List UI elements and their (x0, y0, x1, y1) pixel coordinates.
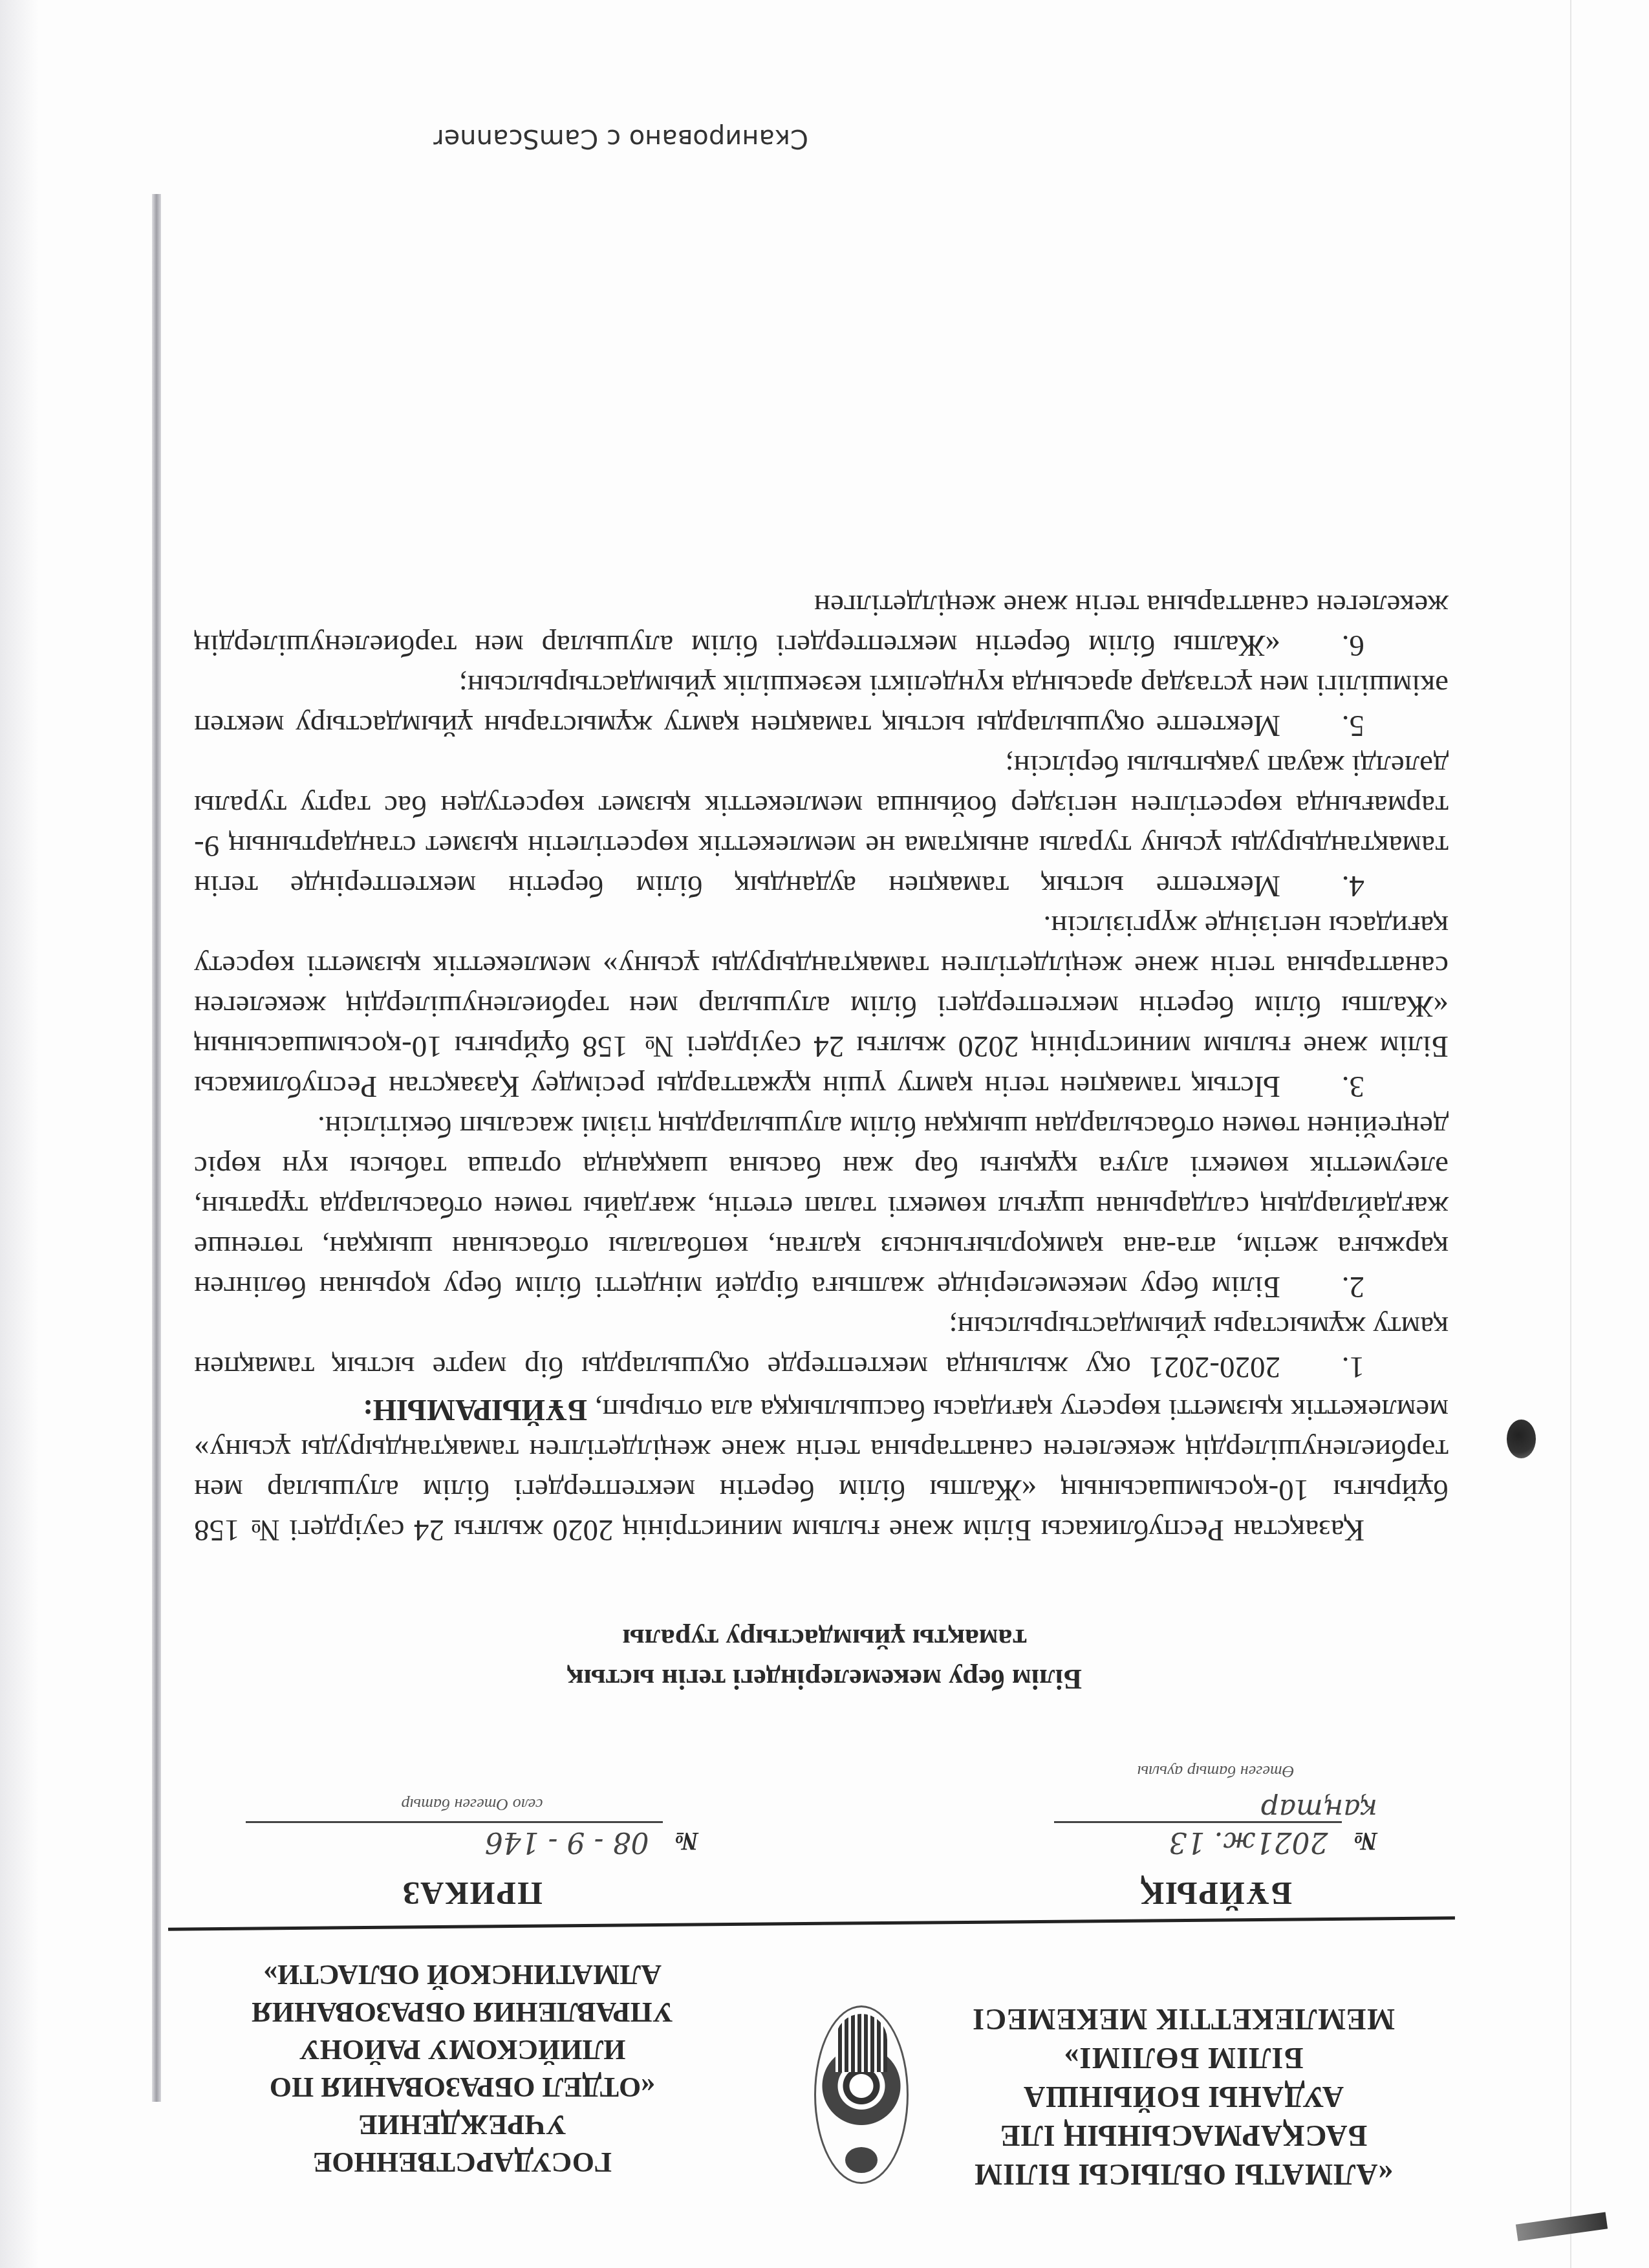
underline (246, 1821, 663, 1823)
letterhead-line: МЕМЛЕКЕТТІК МЕКЕМЕСІ (951, 2000, 1416, 2038)
document-body: Қазақстан Республикасы Білім және ғылым … (194, 585, 1449, 1550)
state-emblem-icon (814, 2005, 909, 2184)
letterhead-line: «АЛМАТЫ ОБЛЫСЫ БІЛІМ (951, 2155, 1416, 2194)
item-number: 5. (1280, 706, 1364, 746)
order-number-kazakh: № 2021ж. 13 қаңтар (1054, 1793, 1377, 1859)
order-number-handwritten: 08 - 9 - 146 (485, 1826, 649, 1859)
item-text: Білім беру мекемелерінде жалпыға бірдей … (194, 1110, 1449, 1304)
item-number: 3. (1280, 1066, 1364, 1107)
number-sign: № (1353, 1827, 1377, 1856)
command-word: БҰЙЫРАМЫН: (363, 1393, 587, 1427)
order-title-russian: ПРИКАЗ (246, 1875, 698, 1912)
order-item: 4.Мектепте ыстық тамақпен аудандық білім… (194, 746, 1449, 906)
order-number-russian: № 08 - 9 - 146 (246, 1826, 698, 1859)
item-number: 2. (1280, 1267, 1364, 1307)
letterhead-kazakh: «АЛМАТЫ ОБЛЫСЫ БІЛІМ БАСҚАРМАСЫНЫҢ ІЛЕ А… (951, 2000, 1416, 2194)
letterhead-line: УЧРЕЖДЕНИЕ (217, 2106, 708, 2143)
letterhead-line: ГОСУДАРСТВЕННОЕ (217, 2143, 708, 2181)
document-title: Білім беру мекемелеріндегі тегін ыстық т… (0, 1619, 1649, 1699)
order-place-kazakh: Өтеген батыр ауылы (1054, 1762, 1377, 1781)
letterhead: «АЛМАТЫ ОБЛЫСЫ БІЛІМ БАСҚАРМАСЫНЫҢ ІЛЕ А… (0, 1932, 1649, 2229)
document-title-line: тамақты ұйымдастыру туралы (0, 1619, 1649, 1659)
item-number: 6. (1280, 625, 1364, 665)
letterhead-line: ИЛИЙСКОМУ РАЙОНУ (217, 2031, 708, 2068)
item-text: Мектепте ыстық тамақпен аудандық білім б… (194, 749, 1449, 903)
letterhead-line: БІЛІМ БӨЛІМІ» (951, 2038, 1416, 2077)
item-number: 4. (1280, 866, 1364, 906)
item-text: Мектепте оқушыларды ыстық тамақпен қамту… (194, 669, 1449, 742)
order-russian: ПРИКАЗ № 08 - 9 - 146 село Отеген батыр (246, 1795, 698, 1912)
order-date-handwritten: 2021ж. 13 қаңтар (1169, 1793, 1377, 1859)
order-item: 6.«Жалпы білім беретін мектептердегі біл… (194, 585, 1449, 665)
order-item: 3.Ыстық тамақпен тегін қамту үшін құжатт… (194, 906, 1449, 1107)
item-number: 1. (1280, 1347, 1364, 1387)
order-item: 1.2020-2021 оқу жылында мектептерде оқуш… (194, 1307, 1449, 1387)
item-text: 2020-2021 оқу жылында мектептерде оқушыл… (194, 1310, 1449, 1384)
preamble: Қазақстан Республикасы Білім және ғылым … (194, 1390, 1449, 1550)
letterhead-line: УПРАВЛЕНИЯ ОБРАЗОВАНИЯ (217, 1993, 708, 2031)
order-item: 5.Мектепте оқушыларды ыстық тамақпен қам… (194, 665, 1449, 746)
number-sign: № (674, 1827, 698, 1856)
order-title-kazakh: БҰЙРЫҚ (1054, 1875, 1377, 1912)
order-item: 2.Білім беру мекемелерінде жалпыға бірде… (194, 1107, 1449, 1307)
scanner-watermark: Сканировано с CamScanner (226, 124, 808, 153)
scanned-page: «АЛМАТЫ ОБЛЫСЫ БІЛІМ БАСҚАРМАСЫНЫҢ ІЛЕ А… (0, 0, 1649, 2268)
document-page-rotated: «АЛМАТЫ ОБЛЫСЫ БІЛІМ БАСҚАРМАСЫНЫҢ ІЛЕ А… (0, 0, 1649, 2268)
letterhead-line: АУДАНЫ БОЙЫНША (951, 2077, 1416, 2116)
order-heading: БҰЙРЫҚ № 2021ж. 13 қаңтар Өтеген батыр а… (0, 1802, 1649, 1932)
underline (1054, 1821, 1342, 1823)
document-title-line: Білім беру мекемелеріндегі тегін ыстық (0, 1659, 1649, 1699)
order-place-russian: село Отеген батыр (246, 1795, 698, 1814)
order-kazakh: БҰЙРЫҚ № 2021ж. 13 қаңтар Өтеген батыр а… (1054, 1762, 1377, 1912)
letterhead-line: АЛМАТИНСКОЙ ОБЛАСТИ» (217, 1956, 708, 1993)
letterhead-line: БАСҚАРМАСЫНЫҢ ІЛЕ (951, 2116, 1416, 2155)
item-text: Ыстық тамақпен тегін қамту үшін құжаттар… (194, 909, 1449, 1103)
item-text: «Жалпы білім беретін мектептердегі білім… (194, 589, 1449, 662)
letterhead-russian: ГОСУДАРСТВЕННОЕ УЧРЕЖДЕНИЕ «ОТДЕЛ ОБРАЗО… (217, 1956, 708, 2181)
letterhead-line: «ОТДЕЛ ОБРАЗОВАНИЯ ПО (217, 2068, 708, 2106)
